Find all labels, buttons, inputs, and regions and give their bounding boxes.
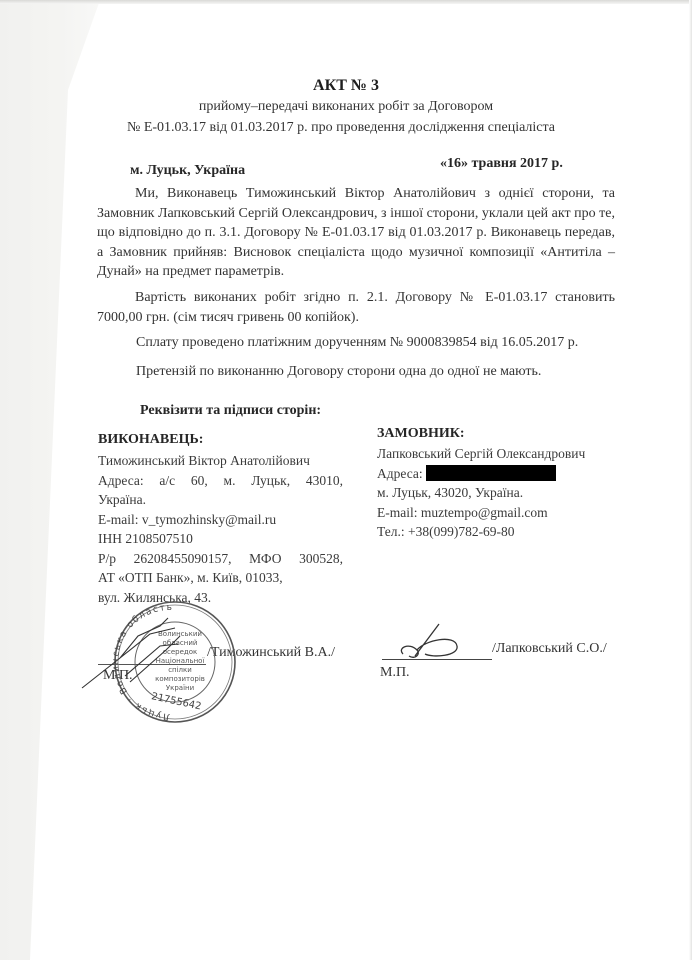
customer-seal-label: М.П. bbox=[380, 665, 410, 681]
customer-address-line2: м. Луцьк, 43020, Україна. bbox=[377, 483, 637, 503]
address-label: Адреса: bbox=[377, 466, 423, 481]
svg-text:осередок: осередок bbox=[163, 648, 198, 656]
document-title: АКТ № 3 bbox=[0, 77, 692, 95]
customer-name: Лапковський Сергій Олександрович bbox=[377, 444, 637, 464]
requisites-title: Реквізити та підписи сторін: bbox=[140, 403, 321, 419]
executor-address: Адреса: а/с 60, м. Луцьк, 43010, bbox=[98, 471, 343, 491]
customer-signature-name: /Лапковський С.О./ bbox=[492, 641, 607, 657]
account-part: 26208455090157, bbox=[134, 549, 232, 569]
svg-text:спілки: спілки bbox=[168, 666, 192, 674]
executor-heading: ВИКОНАВЕЦЬ: bbox=[98, 432, 203, 448]
page-top-edge bbox=[0, 0, 692, 4]
paragraph-parties: Ми, Виконавець Тиможинський Віктор Анато… bbox=[97, 184, 615, 282]
executor-email: E-mail: v_tymozhinsky@mail.ru bbox=[98, 510, 343, 530]
customer-email: E-mail: muztempo@gmail.com bbox=[377, 503, 637, 523]
address-part: Луцьк, bbox=[251, 471, 290, 491]
executor-bank: АТ «ОТП Банк», м. Київ, 01033, bbox=[98, 568, 343, 588]
executor-name: Тиможинський Віктор Анатолійович bbox=[98, 451, 343, 471]
paragraph-payment: Сплату проведено платіжним дорученням № … bbox=[136, 333, 654, 353]
paragraph-cost: Вартість виконаних робіт згідно п. 2.1. … bbox=[97, 288, 615, 327]
document-city: м. Луцьк, Україна bbox=[130, 163, 245, 179]
svg-text:композиторів: композиторів bbox=[155, 675, 205, 683]
customer-heading: ЗАМОВНИК: bbox=[377, 426, 465, 442]
address-part: а/с bbox=[159, 471, 175, 491]
executor-details: Тиможинський Віктор Анатолійович Адреса:… bbox=[98, 451, 343, 607]
document-date: «16» травня 2017 р. bbox=[440, 156, 563, 172]
executor-inn: ІНН 2108507510 bbox=[98, 529, 343, 549]
executor-account: Р/р 26208455090157, МФО 300528, bbox=[98, 549, 343, 569]
address-label: Адреса: bbox=[98, 471, 144, 491]
customer-signature-line bbox=[382, 659, 492, 660]
address-part: 60, bbox=[191, 471, 208, 491]
address-part: 43010, bbox=[306, 471, 343, 491]
svg-text:Національної: Національної bbox=[156, 657, 205, 665]
svg-text:України: України bbox=[166, 684, 194, 692]
redacted-block bbox=[426, 465, 556, 481]
document-subtitle-1: прийому–передачі виконаних робіт за Дого… bbox=[0, 99, 692, 115]
customer-phone: Тел.: +38(099)782-69-80 bbox=[377, 522, 637, 542]
account-part: МФО bbox=[249, 549, 281, 569]
executor-address-line2: Україна. bbox=[98, 490, 343, 510]
customer-signature-icon bbox=[395, 620, 485, 662]
customer-details: Лапковський Сергій Олександрович Адреса:… bbox=[377, 444, 637, 542]
address-part: м. bbox=[224, 471, 236, 491]
svg-text:обласний: обласний bbox=[163, 639, 198, 647]
document-subtitle-2: № Е-01.03.17 від 01.03.2017 р. про прове… bbox=[0, 120, 687, 136]
paragraph-claims: Претензій по виконанню Договору сторони … bbox=[136, 362, 654, 382]
customer-address: Адреса: bbox=[377, 464, 637, 484]
stamp-code: 21755642 bbox=[150, 691, 202, 712]
account-part: 300528, bbox=[299, 549, 343, 569]
svg-text:Волинський: Волинський bbox=[158, 630, 202, 638]
account-part: Р/р bbox=[98, 549, 116, 569]
round-stamp-icon: Луцьк · Волинська область 21755642 Волин… bbox=[80, 596, 245, 726]
page-fold-shadow bbox=[0, 0, 100, 960]
